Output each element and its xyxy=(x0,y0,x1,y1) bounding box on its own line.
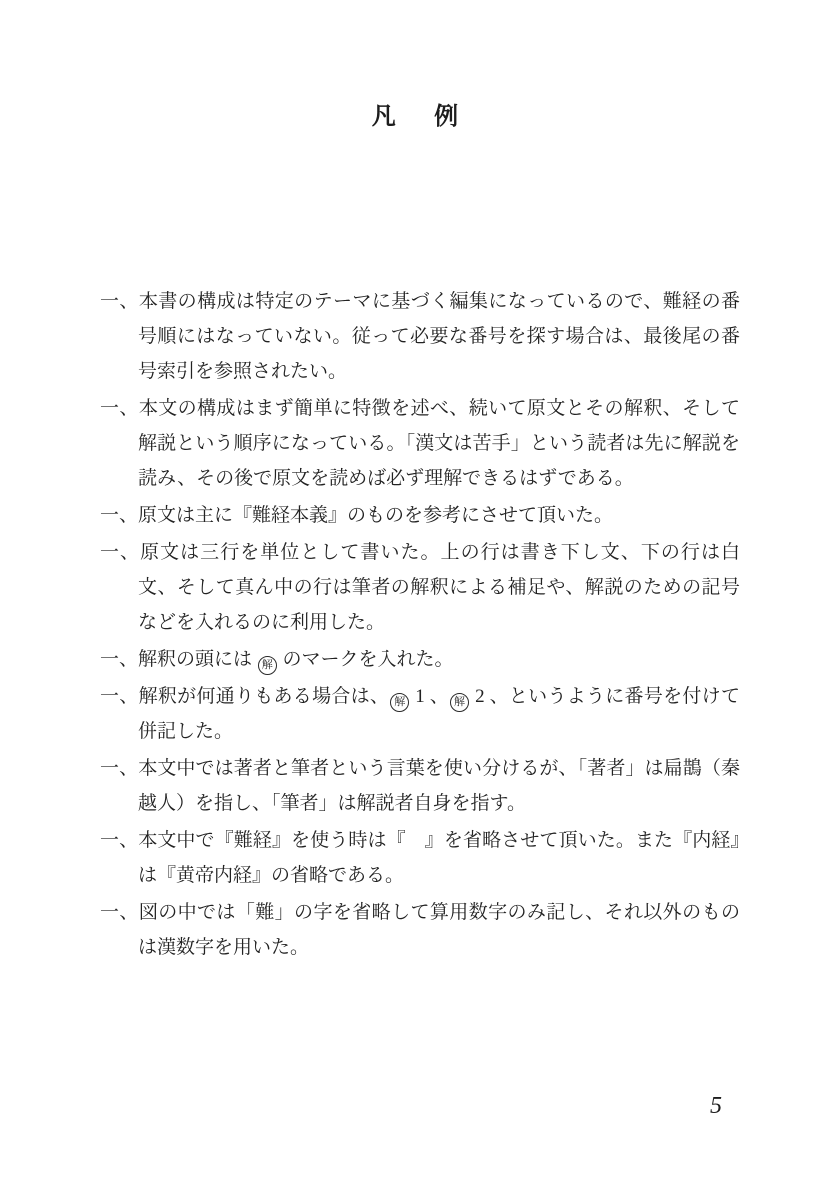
list-item: 一、本書の構成は特定のテーマに基づく編集になっているので、難経の番号順にはなって… xyxy=(100,284,740,389)
item-text: 解釈の頭には xyxy=(138,649,257,670)
item-marker: 一、 xyxy=(100,291,139,312)
item-marker: 一、 xyxy=(100,398,139,419)
kai-circle-mark: 解 xyxy=(390,693,409,712)
list-item: 一、解釈が何通りもある場合は、解 1 、解 2 、というように番号を付けて併記し… xyxy=(100,679,740,749)
item-marker: 一、 xyxy=(100,758,138,779)
item-marker: 一、 xyxy=(100,830,138,851)
item-marker: 一、 xyxy=(100,902,139,923)
list-item: 一、図の中では「難」の字を省略して算用数字のみ記し、それ以外のものは漢数字を用い… xyxy=(100,895,740,965)
item-marker: 一、 xyxy=(100,649,138,670)
item-text: 1 、 xyxy=(410,686,449,707)
title-row: 凡 例 xyxy=(0,102,830,132)
kai-circle-mark: 解 xyxy=(258,656,277,675)
page-title: 凡 例 xyxy=(372,102,466,132)
list-item: 一、本文の構成はまず簡単に特徴を述べ、続いて原文とその解釈、そして解説という順序… xyxy=(100,391,740,496)
list-item: 一、原文は三行を単位として書いた。上の行は書き下し文、下の行は白文、そして真ん中… xyxy=(100,535,740,640)
item-marker: 一、 xyxy=(100,542,140,563)
item-text: 解釈が何通りもある場合は、 xyxy=(139,686,390,707)
kai-circle-mark: 解 xyxy=(450,693,469,712)
list-item: 一、本文中では著者と筆者という言葉を使い分けるが、「著者」は扁鵲（秦越人）を指し… xyxy=(100,751,740,821)
list-item: 一、解釈の頭には 解 のマークを入れた。 xyxy=(100,642,740,677)
list-item: 一、本文中で『難経』を使う時は『 』を省略させて頂いた。また『内経』は『黄帝内経… xyxy=(100,823,740,893)
notes-list: 一、本書の構成は特定のテーマに基づく編集になっているので、難経の番号順にはなって… xyxy=(100,284,740,967)
item-text: 本書の構成は特定のテーマに基づく編集になっているので、難経の番号順にはなっていな… xyxy=(138,291,740,382)
item-text: 本文の構成はまず簡単に特徴を述べ、続いて原文とその解釈、そして解説という順序にな… xyxy=(138,398,740,489)
item-text: 原文は主に『難経本義』のものを参考にさせて頂いた。 xyxy=(138,505,613,526)
item-marker: 一、 xyxy=(100,686,139,707)
item-text: 本文中で『難経』を使う時は『 』を省略させて頂いた。また『内経』は『黄帝内経』の… xyxy=(138,830,740,886)
book-page: 凡 例 一、本書の構成は特定のテーマに基づく編集になっているので、難経の番号順に… xyxy=(0,0,830,1178)
item-marker: 一、 xyxy=(100,505,138,526)
list-item: 一、原文は主に『難経本義』のものを参考にさせて頂いた。 xyxy=(100,498,740,533)
item-text: 本文中では著者と筆者という言葉を使い分けるが、「著者」は扁鵲（秦越人）を指し、「… xyxy=(138,758,740,814)
item-text: 原文は三行を単位として書いた。上の行は書き下し文、下の行は白文、そして真ん中の行… xyxy=(138,542,740,633)
item-text: のマークを入れた。 xyxy=(278,649,454,670)
page-number: 5 xyxy=(710,1092,722,1120)
item-text: 図の中では「難」の字を省略して算用数字のみ記し、それ以外のものは漢数字を用いた。 xyxy=(138,902,740,958)
